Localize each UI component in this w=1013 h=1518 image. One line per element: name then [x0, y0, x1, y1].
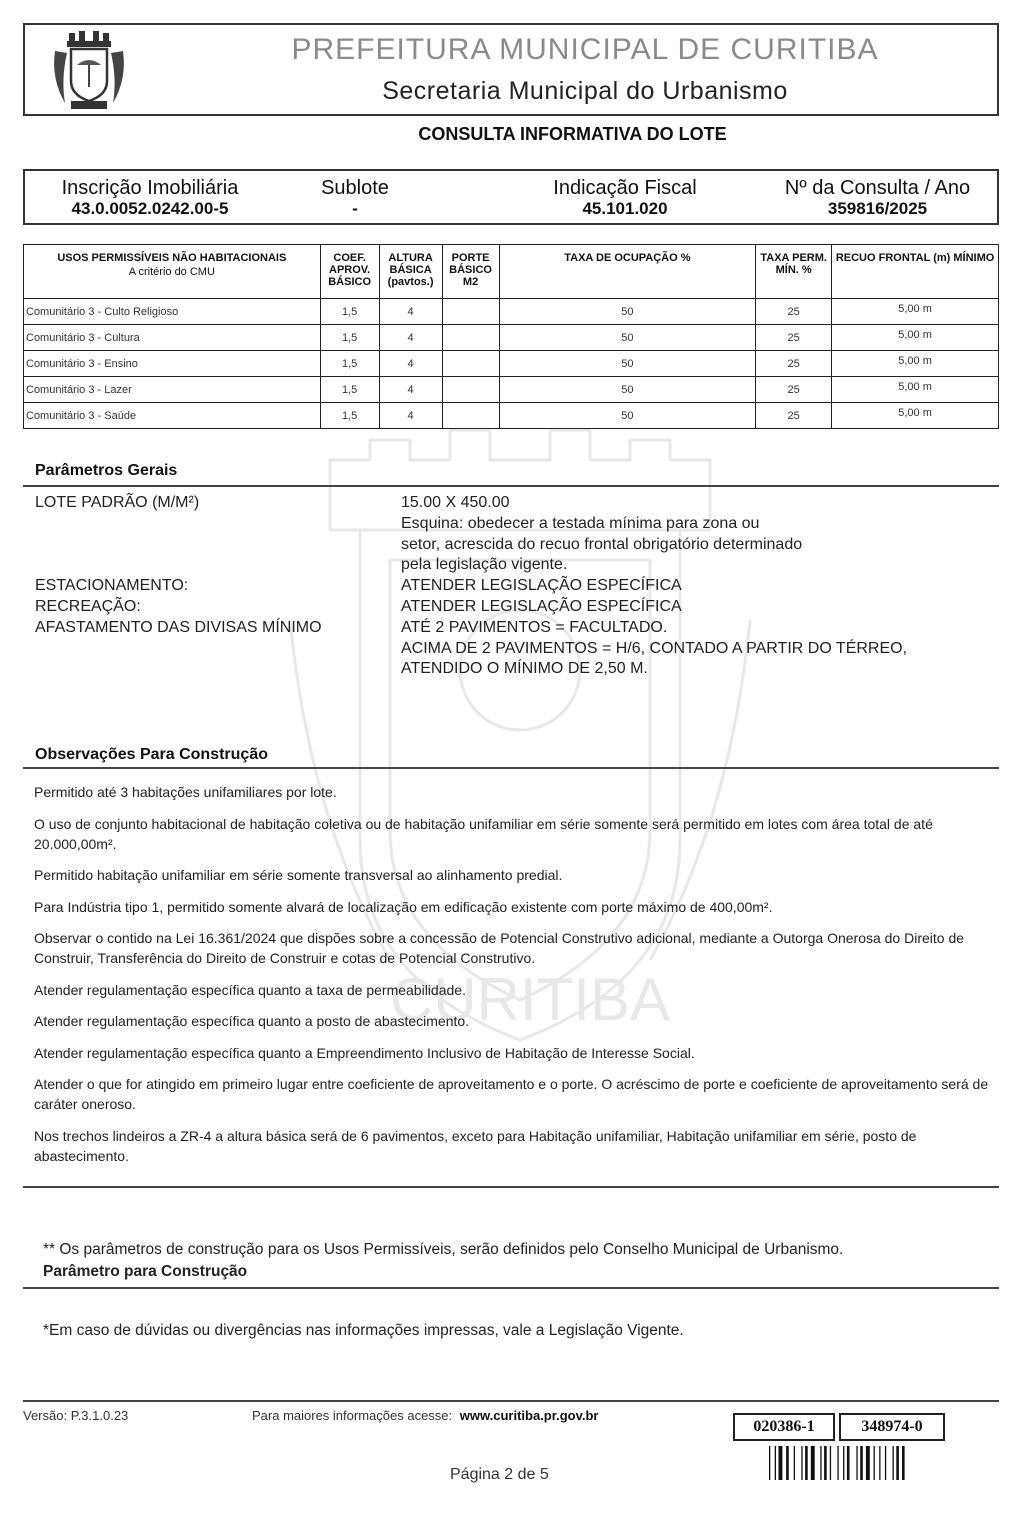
usos-note: ** Os parâmetros de construção para os U…: [43, 1241, 843, 1281]
indicacao-fiscal-label: Indicação Fiscal: [525, 177, 725, 199]
cell-porte: [442, 377, 499, 403]
barcode-icon: [769, 1446, 943, 1480]
cell-porte: [442, 299, 499, 325]
footer-divider: [23, 1400, 999, 1402]
consulta-label: Nº da Consulta / Ano: [765, 177, 990, 199]
divider: [23, 1186, 999, 1188]
org-subtitle: Secretaria Municipal do Urbanismo: [265, 77, 905, 106]
observacao-item: Atender o que for atingido em primeiro l…: [34, 1074, 999, 1114]
inscricao-value: 43.0.0052.0242.00-5: [35, 199, 265, 219]
sublote-field: Sublote -: [305, 177, 405, 219]
param-row: ESTACIONAMENTO:ATENDER LEGISLAÇÃO ESPECÍ…: [35, 576, 907, 597]
header-taxa-perm: TAXA PERM. MÍN. %: [756, 245, 832, 299]
consulta-value: 359816/2025: [765, 199, 990, 219]
document-title: CONSULTA INFORMATIVA DO LOTE: [0, 124, 1013, 145]
observacao-item: Atender regulamentação específica quanto…: [34, 1043, 999, 1063]
permissible-uses-table: USOS PERMISSÍVEIS NÃO HABITACIONAISA cri…: [23, 244, 999, 429]
disclaimer-text: *Em caso de dúvidas ou divergências nas …: [43, 1322, 684, 1340]
divider: [23, 485, 999, 487]
inscricao-field: Inscrição Imobiliária 43.0.0052.0242.00-…: [35, 177, 265, 219]
header-recuo: RECUO FRONTAL (m) MÍNIMO: [832, 245, 999, 299]
table-header-row: USOS PERMISSÍVEIS NÃO HABITACIONAISA cri…: [24, 245, 999, 299]
observacoes-list: Permitido até 3 habitações unifamiliares…: [34, 782, 999, 1177]
page-number: Página 2 de 5: [450, 1466, 549, 1484]
observacao-item: Atender regulamentação específica quanto…: [34, 1011, 999, 1031]
parametros-gerais-title: Parâmetros Gerais: [35, 462, 177, 480]
cell-altura: 4: [379, 403, 442, 429]
cell-taxa-ocup: 50: [499, 351, 756, 377]
cell-altura: 4: [379, 351, 442, 377]
table-row: Comunitário 3 - Lazer1,5450255,00 m: [24, 377, 999, 403]
consulta-field: Nº da Consulta / Ano 359816/2025: [765, 177, 990, 219]
cell-taxa-perm: 25: [756, 325, 832, 351]
header-box: PREFEITURA MUNICIPAL DE CURITIBA Secreta…: [23, 23, 999, 116]
cell-uso: Comunitário 3 - Cultura: [24, 325, 321, 351]
cell-taxa-ocup: 50: [499, 403, 756, 429]
cell-taxa-perm: 25: [756, 377, 832, 403]
cell-altura: 4: [379, 325, 442, 351]
param-row: LOTE PADRÃO (M/M²)15.00 X 450.00 Esquina…: [35, 493, 907, 576]
cell-porte: [442, 403, 499, 429]
cell-altura: 4: [379, 299, 442, 325]
cell-taxa-ocup: 50: [499, 325, 756, 351]
param-value: ATENDER LEGISLAÇÃO ESPECÍFICA: [401, 597, 682, 618]
header-taxa-ocupacao: TAXA DE OCUPAÇÃO %: [499, 245, 756, 299]
table-row: Comunitário 3 - Saúde1,5450255,00 m: [24, 403, 999, 429]
cell-coef: 1,5: [320, 325, 379, 351]
version-text: Versão: P.3.1.0.23: [23, 1408, 128, 1423]
indicacao-fiscal-value: 45.101.020: [525, 199, 725, 219]
cell-porte: [442, 351, 499, 377]
cell-uso: Comunitário 3 - Lazer: [24, 377, 321, 403]
divider: [23, 1287, 999, 1289]
footer-info-text: Para maiores informações acesse:: [252, 1408, 452, 1423]
cell-porte: [442, 325, 499, 351]
cell-coef: 1,5: [320, 351, 379, 377]
cell-recuo: 5,00 m: [832, 377, 999, 403]
sublote-label: Sublote: [305, 177, 405, 199]
cell-taxa-perm: 25: [756, 351, 832, 377]
inscricao-label: Inscrição Imobiliária: [35, 177, 265, 199]
header-altura: ALTURA BÁSICA (pavtos.): [379, 245, 442, 299]
observacao-item: Observar o contido na Lei 16.361/2024 qu…: [34, 928, 999, 968]
header-coef: COEF. APROV. BÁSICO: [320, 245, 379, 299]
cell-recuo: 5,00 m: [832, 403, 999, 429]
observacao-item: O uso de conjunto habitacional de habita…: [34, 814, 999, 854]
cell-coef: 1,5: [320, 299, 379, 325]
parametro-construcao-title: Parâmetro para Construção: [43, 1263, 843, 1281]
observacoes-title: Observações Para Construção: [35, 746, 268, 764]
cell-altura: 4: [379, 377, 442, 403]
param-label: ESTACIONAMENTO:: [35, 576, 401, 597]
cell-taxa-perm: 25: [756, 403, 832, 429]
header-uso: USOS PERMISSÍVEIS NÃO HABITACIONAISA cri…: [24, 245, 321, 299]
param-value: ATENDER LEGISLAÇÃO ESPECÍFICA: [401, 576, 682, 597]
website-link[interactable]: www.curitiba.pr.gov.br: [460, 1408, 599, 1423]
indicacao-fiscal-field: Indicação Fiscal 45.101.020: [525, 177, 725, 219]
cell-taxa-perm: 25: [756, 299, 832, 325]
divider: [23, 767, 999, 769]
observacao-item: Nos trechos lindeiros a ZR-4 a altura bá…: [34, 1126, 999, 1166]
observacao-item: Atender regulamentação específica quanto…: [34, 980, 999, 1000]
table-row: Comunitário 3 - Cultura1,5450255,00 m: [24, 325, 999, 351]
usos-note-text: ** Os parâmetros de construção para os U…: [43, 1241, 843, 1259]
cell-coef: 1,5: [320, 377, 379, 403]
cell-recuo: 5,00 m: [832, 325, 999, 351]
param-label: LOTE PADRÃO (M/M²): [35, 493, 401, 576]
observacao-item: Permitido até 3 habitações unifamiliares…: [34, 782, 999, 802]
cell-recuo: 5,00 m: [832, 299, 999, 325]
code-box-1: 020386-1: [733, 1413, 835, 1441]
document-codes: 020386-1 348974-0: [733, 1413, 945, 1441]
cell-uso: Comunitário 3 - Culto Religioso: [24, 299, 321, 325]
sublote-value: -: [305, 199, 405, 219]
table-row: Comunitário 3 - Ensino1,5450255,00 m: [24, 351, 999, 377]
lot-info-box: Inscrição Imobiliária 43.0.0052.0242.00-…: [23, 169, 999, 225]
cell-taxa-ocup: 50: [499, 377, 756, 403]
param-row: AFASTAMENTO DAS DIVISAS MÍNIMOATÉ 2 PAVI…: [35, 618, 907, 680]
param-value: ATÉ 2 PAVIMENTOS = FACULTADO. ACIMA DE 2…: [401, 618, 907, 680]
code-box-2: 348974-0: [839, 1413, 945, 1441]
param-row: RECREAÇÃO:ATENDER LEGISLAÇÃO ESPECÍFICA: [35, 597, 907, 618]
observacao-item: Para Indústria tipo 1, permitido somente…: [34, 897, 999, 917]
header-porte: PORTE BÁSICO M2: [442, 245, 499, 299]
parametros-gerais-list: LOTE PADRÃO (M/M²)15.00 X 450.00 Esquina…: [35, 493, 907, 680]
param-label: RECREAÇÃO:: [35, 597, 401, 618]
observacao-item: Permitido habitação unifamiliar em série…: [34, 865, 999, 885]
cell-recuo: 5,00 m: [832, 351, 999, 377]
cell-taxa-ocup: 50: [499, 299, 756, 325]
cell-uso: Comunitário 3 - Saúde: [24, 403, 321, 429]
curitiba-coat-of-arms-icon: [49, 29, 129, 113]
param-value: 15.00 X 450.00 Esquina: obedecer a testa…: [401, 493, 802, 576]
footer-info: Para maiores informações acesse: www.cur…: [252, 1408, 598, 1423]
table-row: Comunitário 3 - Culto Religioso1,5450255…: [24, 299, 999, 325]
cell-coef: 1,5: [320, 403, 379, 429]
org-title: PREFEITURA MUNICIPAL DE CURITIBA: [265, 33, 905, 67]
cell-uso: Comunitário 3 - Ensino: [24, 351, 321, 377]
param-label: AFASTAMENTO DAS DIVISAS MÍNIMO: [35, 618, 401, 680]
